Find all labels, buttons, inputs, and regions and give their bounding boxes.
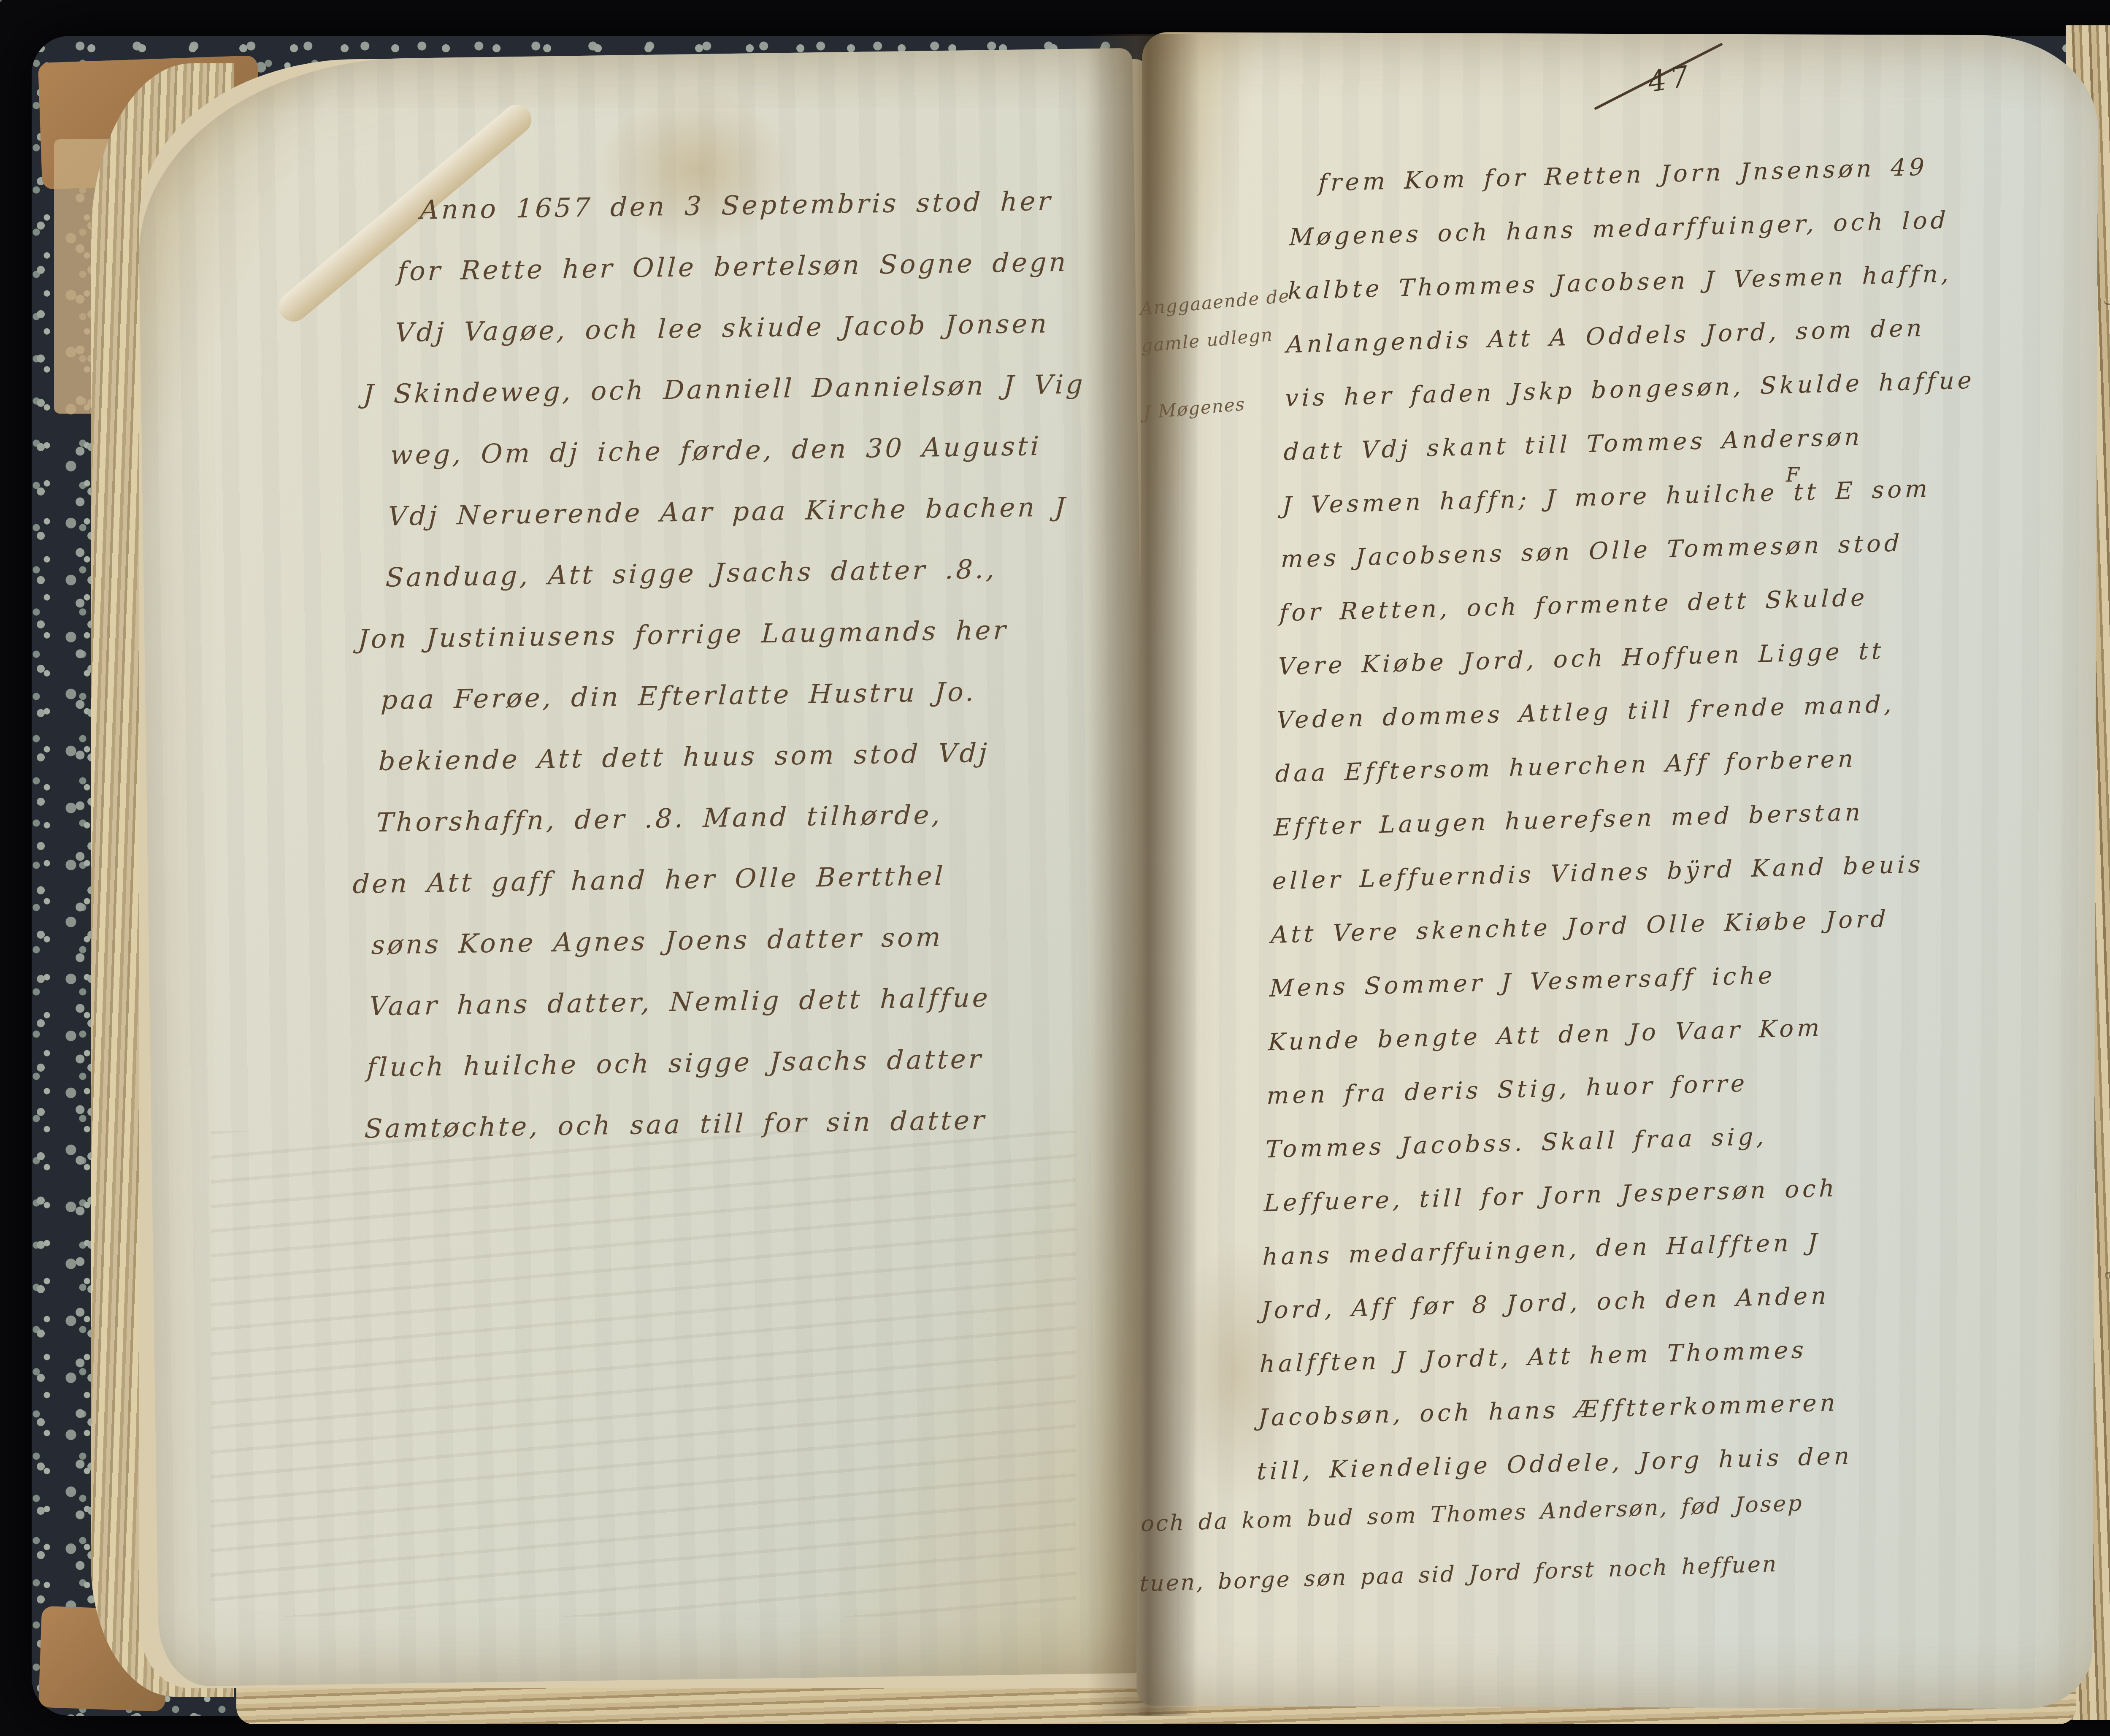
correction-mark: F bbox=[1786, 463, 1799, 486]
manuscript-line: J Skindeweg, och Danniell Dannielsøn J V… bbox=[362, 353, 1087, 425]
manuscript-line: den Att gaff hand her Olle Bertthel bbox=[352, 843, 1068, 915]
manuscript-line: bekiende Att dett huus som stod Vdj bbox=[377, 721, 1072, 792]
manuscript-line: paa Ferøe, din Efterlatte Hustru Jo. bbox=[380, 660, 1075, 731]
dust-specks bbox=[0, 0, 2, 2]
edge-ink-fragment: ſ bbox=[2103, 302, 2110, 309]
manuscript-line: Vaar hans datter, Nemlig dett halffue bbox=[368, 966, 1063, 1037]
manuscript-line: Sanduag, Att sigge Jsachs datter .8., bbox=[384, 537, 1079, 608]
manuscript-line: for Rette her Olle bertelsøn Sogne degn bbox=[396, 231, 1091, 302]
book-gutter-shadow bbox=[1087, 34, 1198, 1716]
manuscript-line: Samtøchte, och saa till for sin datter bbox=[363, 1088, 1058, 1159]
manuscript-line: fluch huilche och sigge Jsachs datter bbox=[365, 1027, 1060, 1098]
ink-show-through bbox=[211, 1131, 1076, 1617]
manuscript-line: Thorshaffn, der .8. Mand tilhørde, bbox=[375, 782, 1070, 853]
left-page-text-block: Anno 1657 den 3 Septembris stod her for … bbox=[363, 170, 1093, 1159]
manuscript-line: Anno 1657 den 3 Septembris stod her bbox=[398, 170, 1093, 241]
manuscript-line: Jon Justiniusens forrige Laugmands her bbox=[357, 599, 1077, 670]
right-page-bottom-overflow-lines: och da kom bud som Thomes Andersøn, fød … bbox=[1139, 1473, 1804, 1614]
manuscript-line: søns Kone Agnes Joens datter som bbox=[371, 905, 1066, 975]
manuscript-line: weg, Om dj iche førde, den 30 Augusti bbox=[389, 414, 1084, 485]
manuscript-line: Vdj Neruerende Aar paa Kirche bachen J bbox=[387, 476, 1082, 547]
margin-note: Anggaaende de gamle udlegn J Møgenes bbox=[1139, 277, 1294, 431]
right-page-text-block: frem Kom for Retten Jorn Jnsensøn 49 Møg… bbox=[1256, 139, 1981, 1498]
page-number: 47 bbox=[1645, 59, 1695, 99]
manuscript-photo: 47 Anno 1657 den 3 Septembris stod her f… bbox=[0, 0, 2110, 1736]
manuscript-line: Vdj Vagøe, och lee skiude Jacob Jonsen bbox=[394, 292, 1089, 363]
edge-ink-fragment: e bbox=[2101, 1270, 2110, 1281]
